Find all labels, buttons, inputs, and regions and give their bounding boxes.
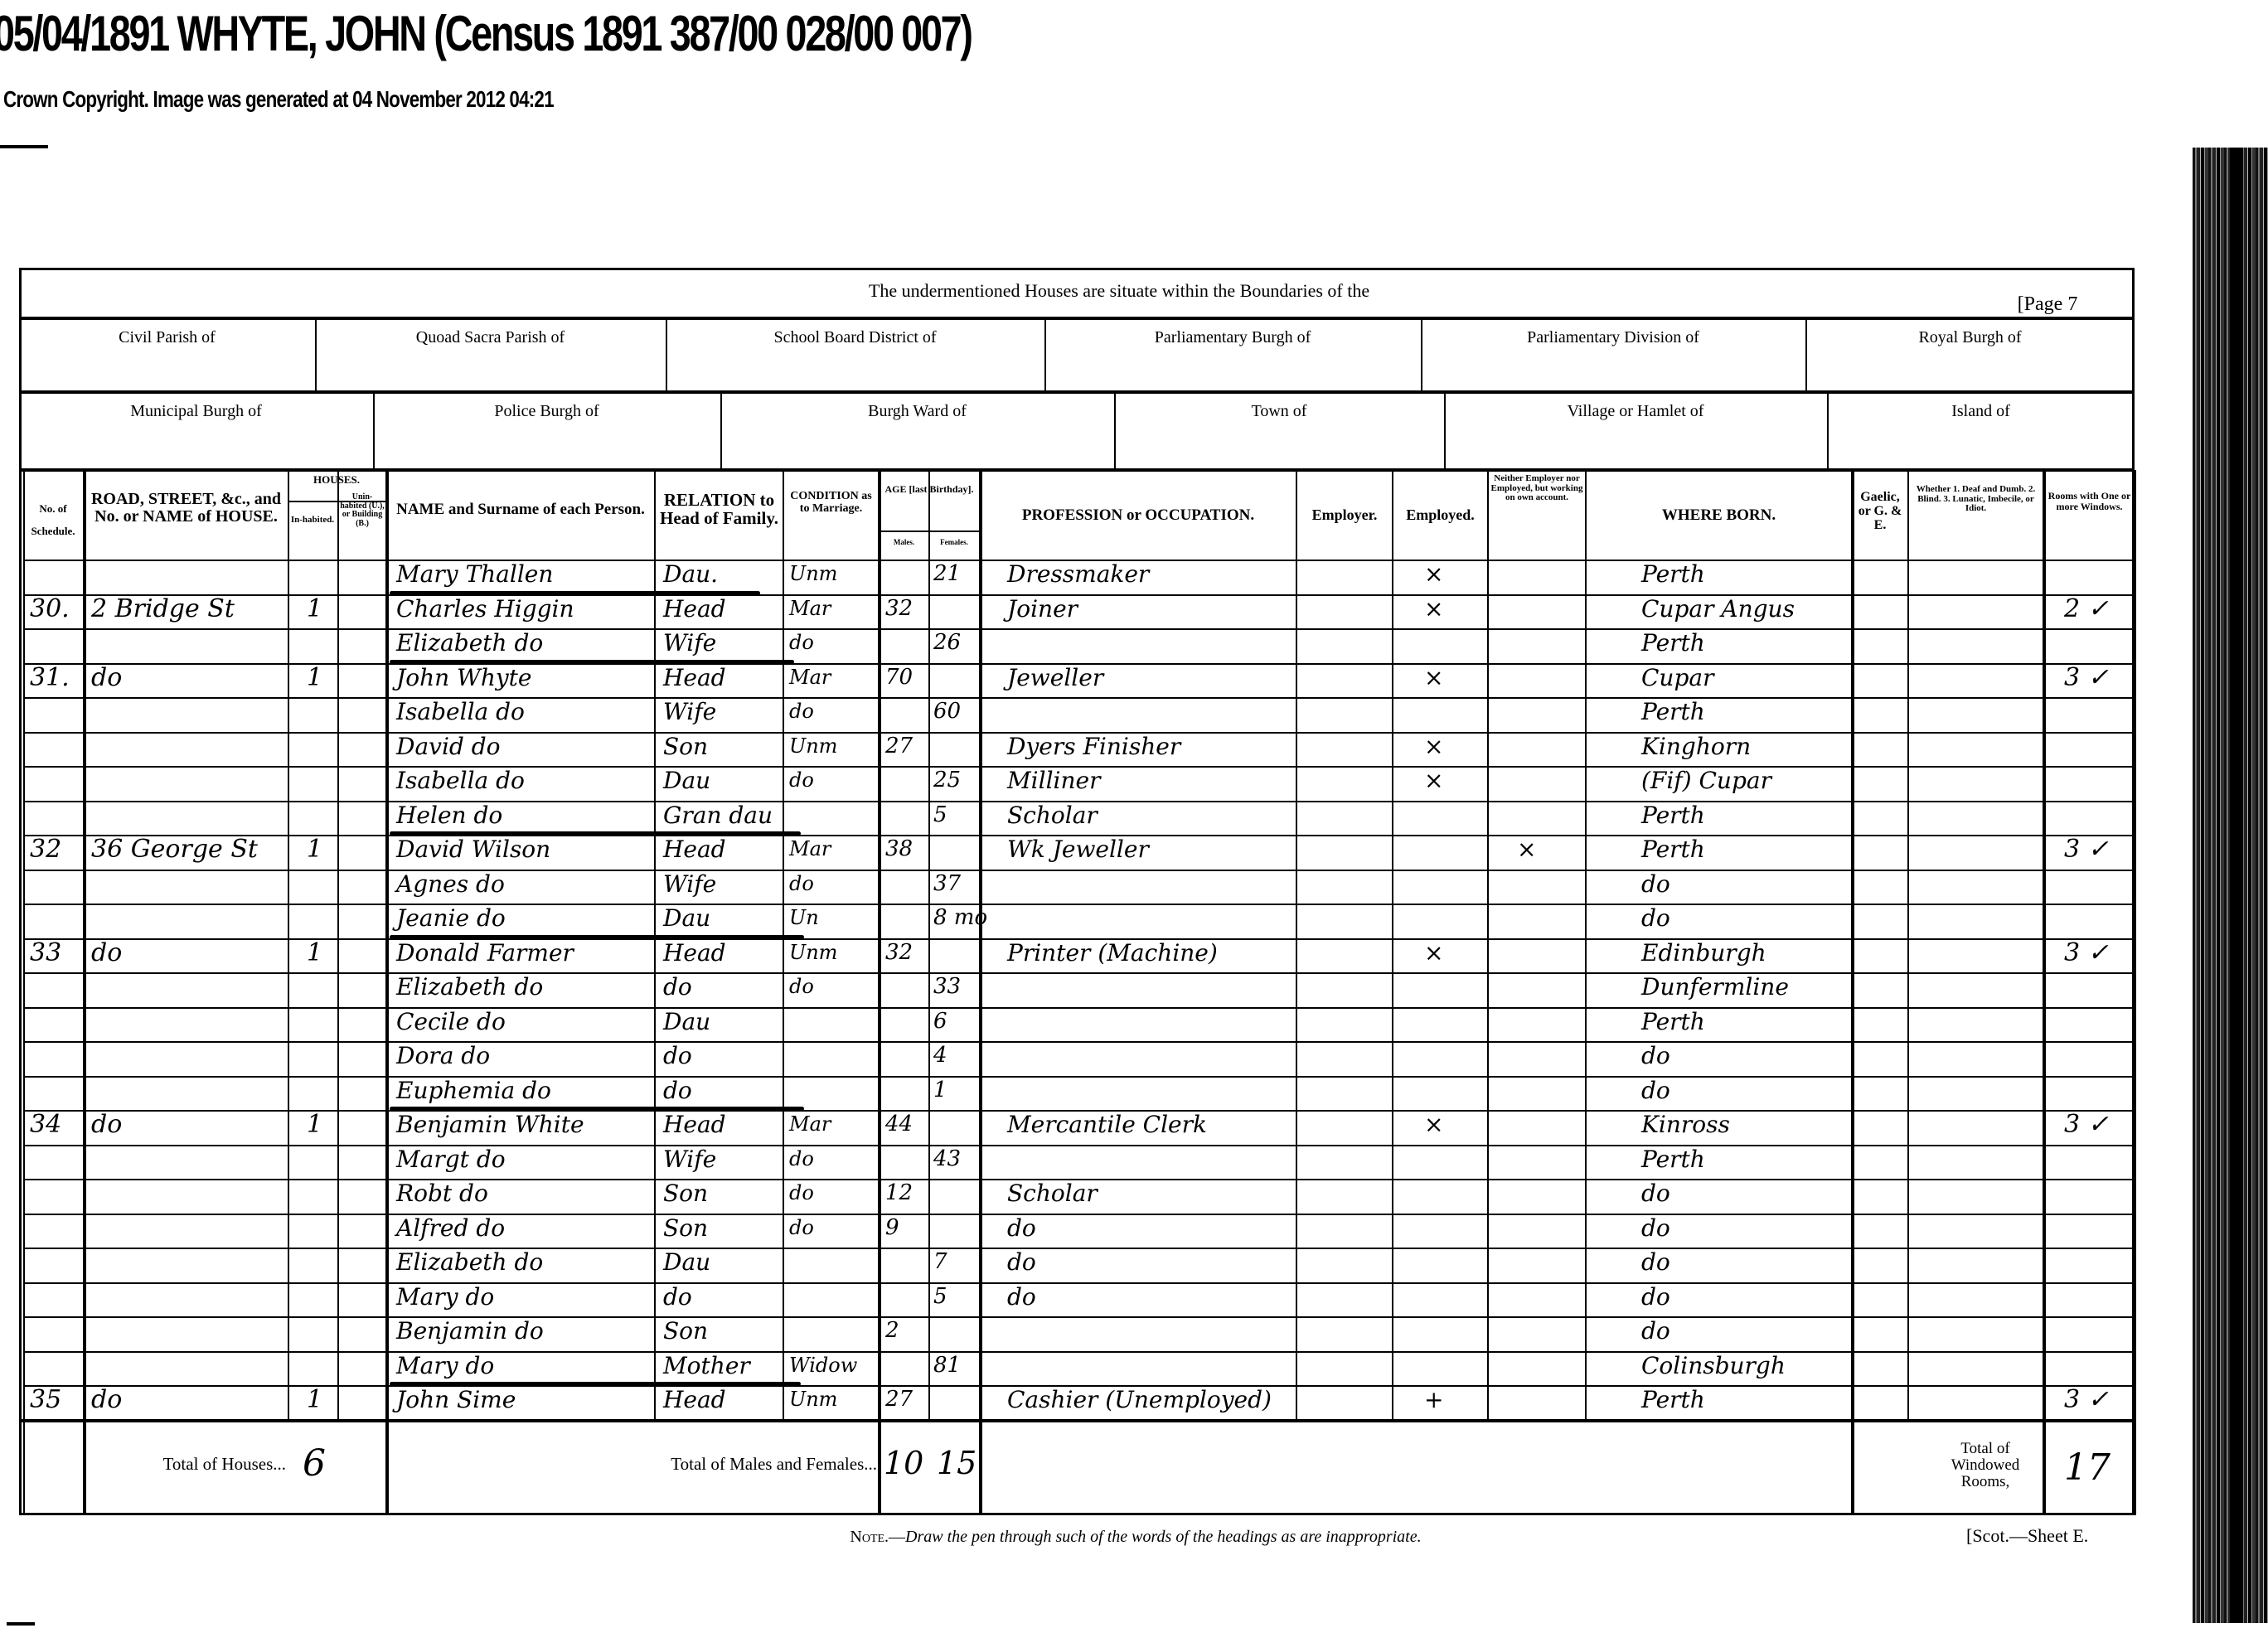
cell-male: 32	[885, 936, 913, 970]
divider	[19, 468, 2135, 472]
cell-condition: do	[789, 626, 814, 660]
cell-relation: Dau	[663, 901, 710, 935]
cell-condition: Unm	[789, 1383, 837, 1417]
cell-male: 38	[885, 832, 913, 866]
column-divider	[337, 470, 339, 1419]
cell-employed: ×	[1424, 661, 1443, 695]
cell-female: 33	[933, 970, 961, 1004]
col-header-occupation: PROFESSION or OCCUPATION.	[981, 507, 1296, 524]
total-rooms-value: 17	[2064, 1451, 2110, 1485]
cell-born: Cupar Angus	[1641, 592, 1795, 626]
row-line	[23, 1041, 2135, 1043]
cell-born: Edinburgh	[1641, 936, 1766, 970]
cell-occupation: Jeweller	[1007, 661, 1103, 695]
cell-rooms: 2 ✓	[2064, 592, 2109, 626]
cell-relation: Dau	[663, 1245, 710, 1279]
cell-inh: 1	[307, 832, 322, 866]
cell-born: Perth	[1641, 1142, 1705, 1176]
cell-inh: 1	[307, 592, 322, 626]
divider	[19, 390, 2135, 394]
cell-condition: do	[789, 1211, 814, 1245]
column-divider	[23, 470, 25, 1515]
row-line	[23, 628, 2135, 630]
cell-relation: Mother	[663, 1349, 750, 1383]
cell-name: Dora do	[396, 1039, 490, 1073]
row-line	[23, 1282, 2135, 1284]
cell-occupation: Scholar	[1007, 798, 1098, 832]
cell-born: do	[1641, 1211, 1670, 1245]
cell-relation: Dau	[663, 1005, 710, 1039]
banner-text: The undermentioned Houses are situate wi…	[663, 280, 1575, 302]
cell-name: Elizabeth do	[396, 626, 543, 660]
col-header-schedule: No. of Schedule.	[23, 497, 83, 543]
cell-relation: Head	[663, 936, 726, 970]
cell-employed: +	[1424, 1383, 1443, 1417]
cell-female: 81	[933, 1349, 961, 1383]
total-houses-value: 6	[303, 1446, 326, 1480]
column-divider	[83, 470, 86, 1515]
cell-relation: Head	[663, 1383, 726, 1417]
divider	[880, 531, 979, 532]
page-label: [Page 7	[1989, 293, 2106, 316]
boundary-label: Police Burgh of	[373, 402, 720, 421]
col-header-employer: Employer.	[1297, 507, 1392, 523]
col-header-gaelic: Gaelic, or G. & E.	[1853, 491, 1907, 532]
cell-occupation: Milliner	[1007, 763, 1100, 797]
cell-condition: Mar	[789, 592, 831, 626]
cell-name: Elizabeth do	[396, 1245, 543, 1279]
boundary-label: Royal Burgh of	[1805, 328, 2135, 347]
cell-rooms: 3 ✓	[2064, 832, 2109, 866]
boundary-label: Island of	[1827, 402, 2135, 421]
cell-name: Margt do	[396, 1142, 506, 1176]
boundary-label: Town of	[1114, 402, 1444, 421]
book-binding-shadow	[2230, 148, 2243, 1623]
cell-condition: Mar	[789, 1107, 831, 1141]
divider	[288, 501, 385, 502]
household-separator-stroke	[390, 660, 794, 664]
cell-occupation: Mercantile Clerk	[1007, 1107, 1207, 1141]
cell-female: 5	[933, 798, 947, 832]
cell-condition: do	[789, 763, 814, 797]
cell-condition: do	[789, 695, 814, 729]
cell-relation: Head	[663, 592, 726, 626]
cell-relation: Head	[663, 1107, 726, 1141]
total-males-value: 10	[884, 1446, 923, 1480]
cell-schedule: 35	[30, 1383, 61, 1417]
cell-schedule: 32	[30, 832, 61, 866]
cell-employed: ×	[1424, 729, 1443, 763]
cell-road: do	[91, 936, 122, 970]
cell-rooms: 3 ✓	[2064, 1383, 2109, 1417]
cell-male: 44	[885, 1107, 913, 1141]
cell-name: Donald Farmer	[396, 936, 574, 970]
cell-name: John Sime	[396, 1383, 516, 1417]
cell-female: 37	[933, 867, 961, 901]
cell-name: Helen do	[396, 798, 502, 832]
household-separator-stroke	[390, 1107, 804, 1111]
boundary-label: Quoad Sacra Parish of	[315, 328, 666, 347]
document-title: 05/04/1891 WHYTE, JOHN (Census 1891 387/…	[0, 5, 972, 62]
cell-condition: do	[789, 970, 814, 1004]
cell-road: do	[91, 661, 122, 695]
cell-name: Charles Higgin	[396, 592, 574, 626]
row-line	[23, 904, 2135, 905]
row-line	[23, 594, 2135, 596]
cell-condition: Mar	[789, 661, 831, 695]
cell-relation: Wife	[663, 1142, 716, 1176]
cell-condition: Unm	[789, 557, 837, 591]
cell-employed: ×	[1424, 592, 1443, 626]
column-divider	[1392, 470, 1393, 1419]
cell-relation: Son	[663, 1211, 708, 1245]
cell-female: 5	[933, 1280, 947, 1314]
household-separator-stroke	[390, 591, 760, 595]
cell-occupation: do	[1007, 1280, 1036, 1314]
boundary-label: Civil Parish of	[19, 328, 315, 347]
cell-name: Mary do	[396, 1280, 494, 1314]
column-divider	[1907, 470, 1909, 1419]
cell-condition: Unm	[789, 729, 837, 763]
row-line	[23, 1214, 2135, 1215]
cell-inh: 1	[307, 661, 322, 695]
cell-male: 70	[885, 661, 913, 695]
cell-born: Perth	[1641, 798, 1705, 832]
cell-relation: Head	[663, 832, 726, 866]
cell-rooms: 3 ✓	[2064, 936, 2109, 970]
cell-born: do	[1641, 867, 1670, 901]
col-header-females: Females.	[929, 539, 979, 546]
cell-male: 27	[885, 729, 913, 763]
cell-name: Isabella do	[396, 763, 525, 797]
copyright-notice: Crown Copyright. Image was generated at …	[3, 86, 554, 113]
cell-condition: do	[789, 867, 814, 901]
row-line	[23, 870, 2135, 871]
cell-schedule: 34	[30, 1107, 61, 1141]
cell-occupation: Wk Jeweller	[1007, 832, 1149, 866]
col-header-own-account: Neither Employer nor Employed, but worki…	[1489, 474, 1585, 503]
cell-female: 6	[933, 1005, 947, 1039]
cell-female: 1	[933, 1073, 947, 1107]
footer-note: Note.—Draw the pen through such of the w…	[721, 1528, 1550, 1547]
cell-name: David do	[396, 729, 501, 763]
cell-female: 4	[933, 1039, 947, 1073]
cell-relation: do	[663, 1280, 692, 1314]
cell-condition: do	[789, 1176, 814, 1210]
total-persons-label: Total of Males and Females...	[580, 1455, 877, 1473]
cell-relation: Wife	[663, 695, 716, 729]
cell-condition: Unm	[789, 936, 837, 970]
row-line	[23, 1145, 2135, 1146]
cell-female: 60	[933, 695, 961, 729]
col-header-uninhabited: Unin-habited (U.), or Building (B.)	[339, 493, 385, 528]
cell-born: Perth	[1641, 1005, 1705, 1039]
cell-born: Perth	[1641, 1383, 1705, 1417]
cell-born: Colinsburgh	[1641, 1349, 1786, 1383]
cell-born: Perth	[1641, 557, 1705, 591]
cell-born: (Fif) Cupar	[1641, 763, 1771, 797]
cell-inh: 1	[307, 1107, 322, 1141]
row-line	[23, 972, 2135, 974]
registration-mark	[7, 1622, 35, 1626]
cell-rooms: 3 ✓	[2064, 1107, 2109, 1141]
boundary-label: Parliamentary Division of	[1421, 328, 1805, 347]
cell-born: do	[1641, 1314, 1670, 1348]
col-header-infirmity: Whether 1. Deaf and Dumb. 2. Blind. 3. L…	[1909, 485, 2043, 514]
cell-relation: Dau.	[663, 557, 718, 591]
cell-schedule: 30.	[30, 592, 70, 626]
cell-born: Perth	[1641, 695, 1705, 729]
col-header-employed: Employed.	[1393, 507, 1487, 523]
total-females-value: 15	[937, 1446, 976, 1480]
household-separator-stroke	[390, 935, 804, 939]
cell-relation: do	[663, 1039, 692, 1073]
boundary-label: Municipal Burgh of	[19, 402, 373, 421]
col-header-name: NAME and Surname of each Person.	[387, 501, 654, 518]
cell-inh: 1	[307, 936, 322, 970]
cell-name: Jeanie do	[396, 901, 506, 935]
col-header-where-born: WHERE BORN.	[1587, 507, 1851, 524]
cell-male: 12	[885, 1176, 913, 1210]
column-divider	[385, 470, 389, 1515]
cell-name: David Wilson	[396, 832, 550, 866]
cell-born: Cupar	[1641, 661, 1713, 695]
cell-neither: ×	[1517, 832, 1536, 866]
cell-employed: ×	[1424, 936, 1443, 970]
cell-born: Kinross	[1641, 1107, 1730, 1141]
household-separator-stroke	[390, 831, 801, 836]
cell-relation: Head	[663, 661, 726, 695]
cell-relation: Gran dau	[663, 798, 773, 832]
cell-born: Perth	[1641, 832, 1705, 866]
cell-road: 2 Bridge St	[91, 592, 235, 626]
cell-name: Mary do	[396, 1349, 494, 1383]
cell-female: 25	[933, 763, 961, 797]
registration-mark	[0, 145, 48, 148]
boundary-label: Village or Hamlet of	[1444, 402, 1827, 421]
col-header-houses: HOUSES.	[288, 474, 385, 486]
column-divider	[2135, 470, 2136, 1515]
cell-born: Kinghorn	[1641, 729, 1751, 763]
row-line	[23, 1007, 2135, 1009]
cell-condition: Widow	[789, 1349, 857, 1383]
cell-born: Perth	[1641, 626, 1705, 660]
cell-name: Benjamin do	[396, 1314, 544, 1348]
cell-female: 8 mo	[933, 901, 987, 935]
cell-born: do	[1641, 1073, 1670, 1107]
cell-condition: Mar	[789, 832, 831, 866]
cell-name: Benjamin White	[396, 1107, 584, 1141]
cell-born: do	[1641, 1245, 1670, 1279]
cell-road: 36 George St	[91, 832, 258, 866]
col-header-males: Males.	[880, 539, 928, 546]
cell-name: Robt do	[396, 1176, 488, 1210]
cell-occupation: Scholar	[1007, 1176, 1098, 1210]
cell-relation: do	[663, 1073, 692, 1107]
note-prefix: Note.—	[850, 1528, 905, 1546]
census-form	[19, 268, 2135, 1515]
column-divider	[288, 470, 289, 1419]
column-divider	[1851, 470, 1854, 1515]
cell-born: do	[1641, 1280, 1670, 1314]
cell-condition: do	[789, 1142, 814, 1176]
cell-name: Agnes do	[396, 867, 505, 901]
col-header-condition: CONDITION as to Marriage.	[784, 491, 878, 515]
row-line	[23, 1316, 2135, 1318]
cell-road: do	[91, 1107, 122, 1141]
column-divider	[1487, 470, 1489, 1419]
column-divider	[878, 470, 881, 1515]
cell-occupation: Dressmaker	[1007, 557, 1149, 591]
boundary-label: Parliamentary Burgh of	[1044, 328, 1421, 347]
cell-name: Euphemia do	[396, 1073, 551, 1107]
column-divider	[1296, 470, 1297, 1419]
cell-male: 9	[885, 1211, 899, 1245]
cell-relation: do	[663, 970, 692, 1004]
cell-female: 21	[933, 557, 961, 591]
cell-male: 27	[885, 1383, 913, 1417]
cell-name: Elizabeth do	[396, 970, 543, 1004]
cell-name: Alfred do	[396, 1211, 505, 1245]
col-header-rooms: Rooms with One or more Windows.	[2044, 491, 2135, 511]
cell-name: Isabella do	[396, 695, 525, 729]
cell-employed: ×	[1424, 763, 1443, 797]
row-line	[23, 1248, 2135, 1249]
column-divider	[2043, 470, 2046, 1515]
cell-inh: 1	[307, 1383, 322, 1417]
cell-born: Dunfermline	[1641, 970, 1789, 1004]
cell-name: John Whyte	[396, 661, 532, 695]
cell-born: do	[1641, 901, 1670, 935]
cell-female: 7	[933, 1245, 947, 1279]
cell-born: do	[1641, 1176, 1670, 1210]
cell-name: Cecile do	[396, 1005, 506, 1039]
cell-occupation: Cashier (Unemployed)	[1007, 1383, 1272, 1417]
row-line	[23, 697, 2135, 699]
cell-occupation: Joiner	[1007, 592, 1078, 626]
cell-relation: Wife	[663, 626, 716, 660]
cell-employed: ×	[1424, 1107, 1443, 1141]
column-divider	[979, 470, 982, 1515]
cell-schedule: 33	[30, 936, 61, 970]
col-header-road: ROAD, STREET, &c., and No. or NAME of HO…	[85, 491, 288, 526]
col-header-inhabited: In-habited.	[288, 516, 337, 526]
boundary-label: School Board District of	[666, 328, 1044, 347]
cell-condition: Un	[789, 901, 819, 935]
cell-female: 43	[933, 1142, 961, 1176]
sheet-label: [Scot.—Sheet E.	[1966, 1525, 2088, 1547]
cell-name: Mary Thallen	[396, 557, 553, 591]
column-divider	[783, 470, 784, 1419]
cell-occupation: Dyers Finisher	[1007, 729, 1180, 763]
column-divider	[654, 470, 656, 1419]
row-line	[23, 1351, 2135, 1353]
cell-relation: Son	[663, 1176, 708, 1210]
cell-occupation: do	[1007, 1245, 1036, 1279]
cell-schedule: 31.	[30, 661, 70, 695]
cell-relation: Wife	[663, 867, 716, 901]
cell-relation: Son	[663, 729, 708, 763]
column-divider	[928, 470, 930, 1419]
col-header-relation: RELATION to Head of Family.	[656, 491, 783, 527]
cell-occupation: Printer (Machine)	[1007, 936, 1218, 970]
boundary-label: Burgh Ward of	[720, 402, 1114, 421]
row-line	[23, 1076, 2135, 1078]
cell-occupation: do	[1007, 1211, 1036, 1245]
divider	[19, 1419, 2135, 1422]
cell-male: 32	[885, 592, 913, 626]
cell-rooms: 3 ✓	[2064, 661, 2109, 695]
cell-road: do	[91, 1383, 122, 1417]
total-rooms-label: Total of Windowed Rooms,	[1940, 1441, 2031, 1490]
column-divider	[1585, 470, 1587, 1419]
cell-born: do	[1641, 1039, 1670, 1073]
total-houses-label: Total of Houses...	[124, 1455, 286, 1473]
cell-relation: Son	[663, 1314, 708, 1348]
note-text: Draw the pen through such of the words o…	[905, 1528, 1422, 1546]
cell-relation: Dau	[663, 763, 710, 797]
divider	[19, 317, 2135, 320]
household-separator-stroke	[390, 1382, 801, 1386]
cell-male: 2	[885, 1314, 899, 1348]
cell-female: 26	[933, 626, 961, 660]
cell-employed: ×	[1424, 557, 1443, 591]
